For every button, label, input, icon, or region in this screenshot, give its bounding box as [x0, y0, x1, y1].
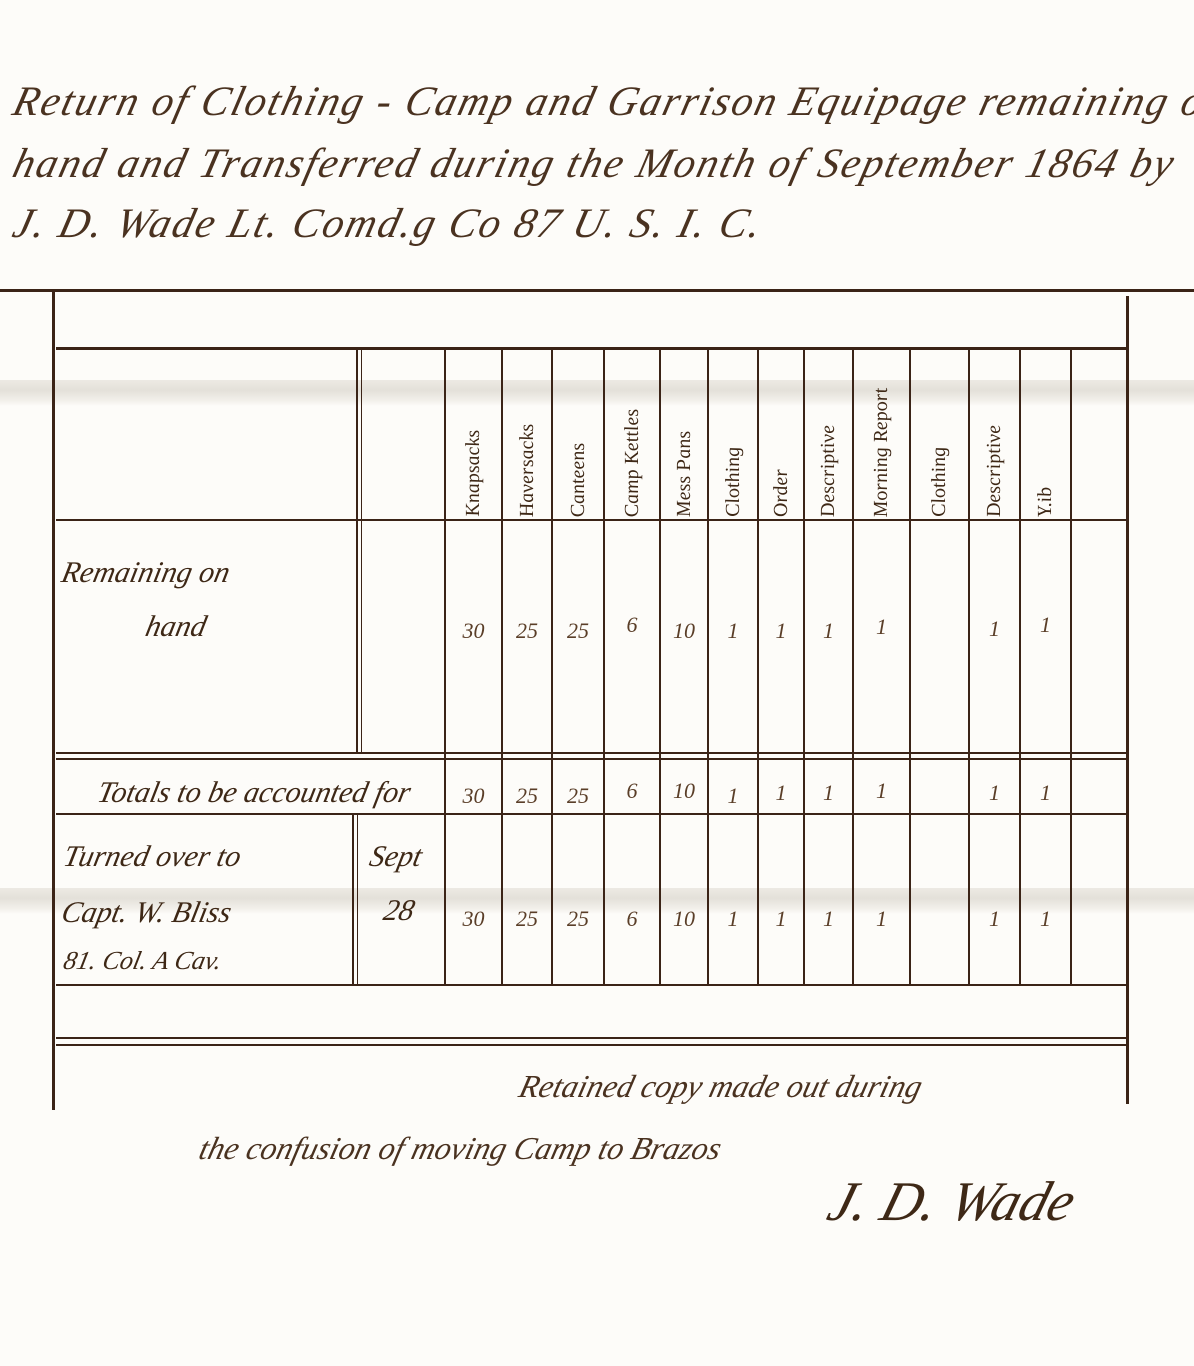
cell: 1 [1021, 780, 1070, 806]
cell: 25 [553, 618, 603, 644]
row-rule [56, 752, 1126, 754]
cell: 1 [854, 614, 909, 640]
cell: 1 [854, 778, 909, 804]
outer-right-border [1126, 296, 1129, 1104]
cell: 1 [970, 780, 1019, 806]
cell: 1 [759, 618, 803, 644]
column-divider [1070, 349, 1072, 985]
cell: 25 [503, 906, 551, 932]
column-header-haversacks: Haversacks [503, 352, 551, 517]
row-label: Turned over to [60, 840, 244, 874]
header-top-rule [56, 347, 1126, 350]
cell: 30 [446, 783, 501, 809]
row-rule [56, 758, 1126, 760]
date-cell: Sept [366, 840, 425, 874]
cell: 6 [605, 612, 659, 638]
column-header-camp-kettles: Camp Kettles [605, 352, 659, 517]
column-header-clothing-2: Clothing [911, 352, 968, 517]
cell: 1 [854, 906, 909, 932]
label-divider [356, 349, 358, 753]
cell: 1 [805, 906, 852, 932]
header-bottom-rule [56, 519, 1126, 521]
signature: J. D. Wade [821, 1170, 1083, 1234]
cell: 25 [503, 618, 551, 644]
top-rule [0, 289, 1194, 292]
column-header-canteens: Canteens [553, 352, 603, 517]
cell: 25 [503, 783, 551, 809]
row-label: Remaining on [58, 556, 233, 590]
footer-note-line-1: Retained copy made out during [515, 1068, 926, 1105]
cell: 6 [605, 778, 659, 804]
cell: 10 [661, 618, 707, 644]
row-rule [56, 813, 1126, 815]
label-divider [352, 815, 354, 985]
cell: 1 [759, 780, 803, 806]
row-label: hand [142, 610, 209, 644]
cell: 1 [709, 783, 757, 809]
row-rule [56, 984, 1126, 986]
cell: 25 [553, 783, 603, 809]
label-divider [361, 349, 362, 753]
row-label: Totals to be accounted for [94, 776, 413, 810]
cell: 1 [709, 618, 757, 644]
cell: 25 [553, 906, 603, 932]
cell: 1 [970, 906, 1019, 932]
bottom-rule [56, 1044, 1126, 1046]
cell: 1 [970, 616, 1019, 642]
label-divider [357, 815, 358, 985]
cell: 1 [805, 618, 852, 644]
row-label: Capt. W. Bliss [58, 896, 234, 930]
cell: 1 [1021, 906, 1070, 932]
column-header-morning-report: Morning Report [854, 352, 909, 517]
cell: 1 [805, 780, 852, 806]
cell: 10 [661, 906, 707, 932]
cell: 6 [605, 906, 659, 932]
cell: 30 [446, 906, 501, 932]
column-header-mess-pans: Mess Pans [661, 352, 707, 517]
footer-note-line-2: the confusion of moving Camp to Brazos [195, 1130, 725, 1167]
column-header-knapsacks: Knapsacks [446, 352, 501, 517]
outer-left-border [52, 290, 55, 1110]
cell: 10 [661, 778, 707, 804]
column-header-descriptive-2: Descriptive [970, 352, 1019, 517]
cell: 1 [759, 906, 803, 932]
cell: 1 [709, 906, 757, 932]
column-header-yib: Y.ib [1021, 352, 1070, 517]
cell: 30 [446, 618, 501, 644]
date-cell: 28 [380, 894, 417, 928]
column-header-order: Order [759, 352, 803, 517]
heading-line-2: hand and Transferred during the Month of… [8, 140, 1181, 188]
heading-line-1: Return of Clothing - Camp and Garrison E… [8, 78, 1194, 126]
row-label: 81. Col. A Cav. [61, 946, 225, 976]
column-header-descriptive: Descriptive [805, 352, 852, 517]
heading-line-3: J. D. Wade Lt. Comd.g Co 87 U. S. I. C. [8, 200, 768, 248]
bottom-rule [56, 1037, 1126, 1039]
column-header-clothing: Clothing [709, 352, 757, 517]
cell: 1 [1021, 612, 1070, 638]
